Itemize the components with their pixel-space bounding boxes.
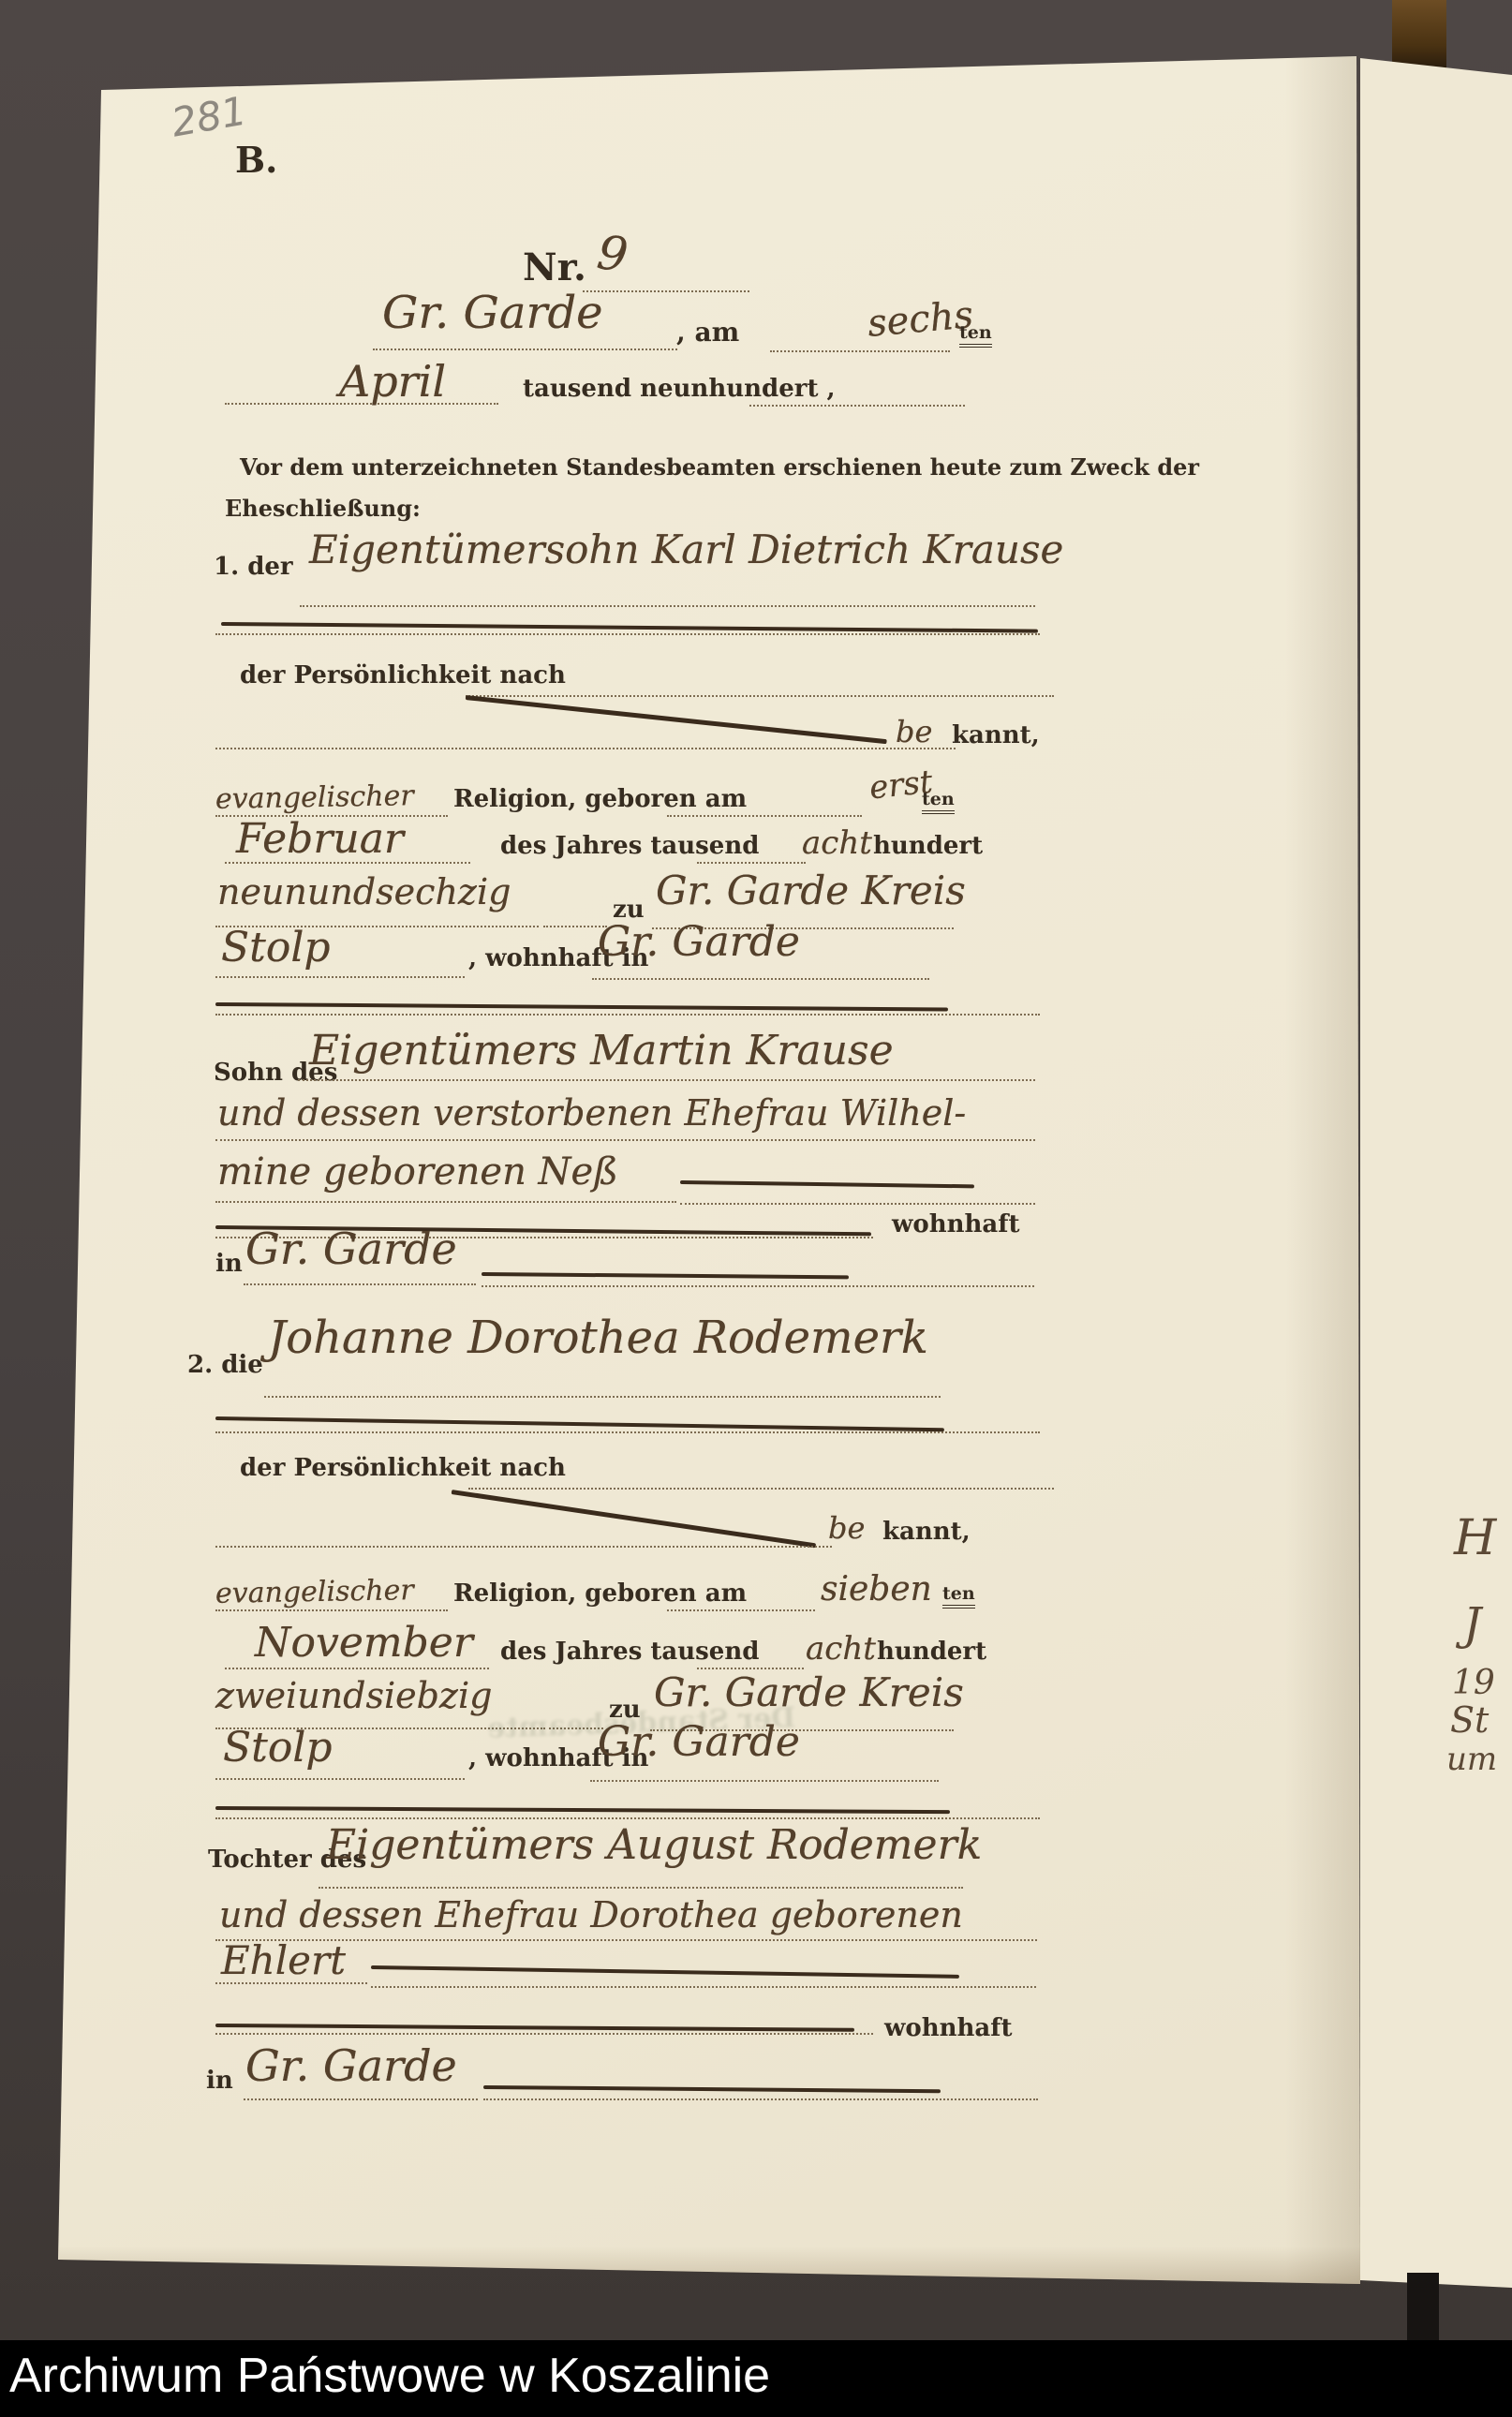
bride-birth-month-value: November — [255, 1619, 473, 1667]
intro-line-1: Vor dem unterzeichneten Standesbeamten e… — [240, 453, 1199, 481]
bottom-edge-shadow — [56, 2246, 1362, 2286]
pencil-page-number: 281 — [168, 87, 249, 145]
groom-religion-value: evangelischer — [215, 779, 414, 816]
groom-parents-line2: und dessen verstorbenen Ehefrau Wilhel- — [217, 1092, 966, 1134]
religion-geboren-label: Religion, geboren am — [453, 1579, 747, 1608]
des-jahres-label: des Jahres tausend — [500, 832, 759, 860]
groom-birth-year-value: neunundsechzig — [217, 871, 511, 912]
bride-parents-residence: Gr. Garde — [245, 2040, 457, 2091]
field-blank-line — [244, 2098, 478, 2100]
groom-birth-place-value: Gr. Garde Kreis — [656, 867, 966, 913]
groom-index-label: 1. der — [214, 553, 293, 581]
ten-suffix: ten — [959, 322, 992, 348]
field-blank-line — [749, 405, 965, 407]
page-gap-shadow — [1407, 2273, 1439, 2342]
field-blank-line — [244, 1283, 476, 1285]
field-blank-line — [482, 1285, 1034, 1287]
ink-stroke — [221, 622, 1038, 633]
field-blank-line — [697, 862, 806, 864]
field-blank-line — [215, 976, 465, 978]
groom-parents-line1: Eigentümers Martin Krause — [309, 1027, 894, 1075]
kannt-label: kannt, — [882, 1518, 971, 1546]
bride-parents-line3: Ehlert — [221, 1937, 346, 1983]
ink-stroke — [215, 1806, 950, 1814]
tausend-neunhundert-label: tausend neunhundert , — [523, 375, 836, 403]
ten-suffix: ten — [922, 789, 955, 814]
field-blank-line — [215, 1778, 465, 1780]
bride-residence-value: Gr. Garde — [598, 1718, 800, 1766]
religion-geboren-label: Religion, geboren am — [453, 785, 747, 813]
field-blank-line — [667, 1609, 815, 1611]
field-blank-line — [590, 1780, 939, 1782]
adjacent-page-fragment: St — [1450, 1699, 1489, 1741]
ten-suffix: ten — [942, 1583, 975, 1609]
bride-known-hand: be — [828, 1510, 865, 1546]
in-label: in — [206, 2067, 233, 2095]
field-blank-line — [215, 1982, 367, 1984]
groom-parents-residence: Gr. Garde — [245, 1223, 457, 1274]
field-blank-line — [264, 1396, 941, 1398]
red-edge-mark — [92, 116, 98, 165]
ink-stroke — [483, 2085, 941, 2093]
bride-parents-line2: und dessen Ehefrau Dorothea geborenen — [219, 1894, 963, 1935]
field-blank-line — [215, 2033, 873, 2035]
archive-watermark-text: Archiwum Państwowe w Koszalinie — [9, 2348, 770, 2404]
groom-parents-line3: mine geborenen Neß — [217, 1150, 618, 1194]
document-page: 281 B. Nr. 9 Gr. Garde , am sechs ten Ap… — [0, 0, 1512, 2417]
am-label: , am — [676, 317, 739, 348]
intro-line-2: Eheschließung: — [225, 495, 421, 522]
groom-century-hand: acht — [802, 824, 872, 862]
month-value: April — [339, 356, 446, 407]
in-label: in — [215, 1250, 243, 1278]
groom-residence-value: Gr. Garde — [598, 918, 800, 966]
des-jahres-label: des Jahres tausend — [500, 1638, 759, 1666]
field-blank-line — [680, 1203, 1035, 1205]
bride-birth-day-value: sieben — [821, 1570, 932, 1609]
field-blank-line — [298, 1079, 1035, 1081]
hundert-label: hundert — [873, 832, 983, 860]
ink-stroke-diagonal — [452, 1490, 817, 1548]
ink-stroke — [482, 1272, 849, 1279]
field-blank-line — [300, 605, 1035, 607]
field-blank-line — [215, 1431, 1040, 1433]
field-blank-line — [215, 1609, 448, 1611]
identity-label: der Persönlichkeit nach — [240, 661, 566, 690]
bride-birth-place2-value: Stolp — [223, 1724, 333, 1772]
ink-stroke — [680, 1180, 974, 1188]
bride-birth-year-value: zweiundsiebzig — [215, 1675, 492, 1716]
field-blank-line — [592, 978, 929, 980]
ink-stroke-diagonal — [466, 695, 887, 744]
field-blank-line — [483, 2098, 1038, 2100]
field-blank-line — [466, 695, 1054, 697]
wohnhaft-label: wohnhaft — [884, 2014, 1012, 2042]
section-letter: B. — [235, 139, 277, 181]
field-blank-line — [667, 815, 862, 817]
groom-birth-place2-value: Stolp — [221, 924, 331, 971]
field-blank-line — [770, 350, 950, 352]
field-blank-line — [215, 748, 956, 749]
field-blank-line — [215, 1014, 1040, 1016]
record-number-value: 9 — [594, 225, 631, 283]
hundert-label: hundert — [877, 1638, 986, 1666]
fold-shadow — [1285, 52, 1362, 2291]
field-blank-line — [583, 290, 749, 292]
bride-century-hand: acht — [806, 1630, 876, 1668]
ink-stroke — [215, 1002, 948, 1011]
field-blank-line — [373, 348, 677, 350]
nr-label: Nr. — [523, 245, 586, 289]
bride-index-label: 2. die — [187, 1351, 263, 1379]
place-value: Gr. Garde — [382, 287, 603, 339]
field-blank-line — [225, 1668, 489, 1669]
wohnhaft-label: wohnhaft — [892, 1210, 1019, 1238]
adjacent-page-fragment: H — [1454, 1510, 1496, 1566]
field-blank-line — [225, 862, 470, 864]
groom-known-hand: be — [896, 714, 932, 749]
bride-parents-line1: Eigentümers August Rodemerk — [326, 1821, 982, 1869]
ink-stroke — [371, 1965, 959, 1979]
groom-birth-month-value: Februar — [236, 815, 404, 863]
field-blank-line — [215, 1817, 1040, 1819]
identity-label: der Persönlichkeit nach — [240, 1454, 566, 1482]
ink-stroke — [215, 2024, 854, 2032]
field-blank-line — [215, 633, 1040, 635]
field-blank-line — [468, 1488, 1054, 1490]
adjacent-page-fragment: um — [1446, 1741, 1497, 1778]
adjacent-page-fragment: J — [1463, 1598, 1481, 1651]
ink-stroke — [215, 1416, 944, 1431]
field-blank-line — [215, 1201, 676, 1203]
groom-name-value: Eigentümersohn Karl Dietrich Krause — [309, 526, 1063, 572]
field-blank-line — [215, 1546, 832, 1548]
field-blank-line — [215, 1139, 1035, 1141]
field-blank-line — [371, 1986, 1036, 1988]
bride-name-value: Johanne Dorothea Rodemerk — [268, 1312, 928, 1364]
bride-religion-value: evangelischer — [215, 1574, 414, 1610]
photo-backdrop: H J 19 St um 281 B. Nr. 9 Gr. Garde , am… — [0, 0, 1512, 2417]
kannt-label: kannt, — [952, 721, 1040, 749]
archive-watermark-bar: Archiwum Państwowe w Koszalinie — [0, 2340, 1512, 2417]
adjacent-page-fragment: 19 — [1452, 1664, 1495, 1702]
field-blank-line — [319, 1887, 963, 1889]
